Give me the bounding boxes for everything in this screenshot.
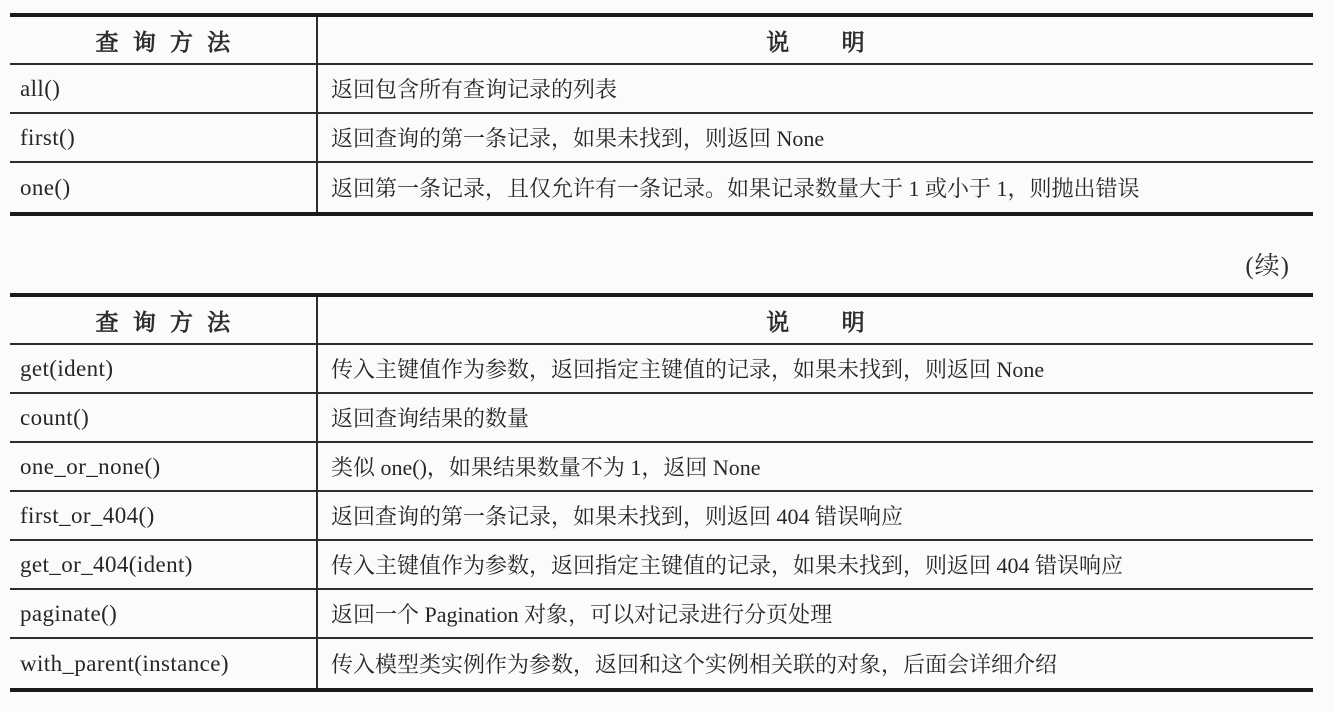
description-cell: 返回包含所有查询记录的列表 <box>318 65 1313 112</box>
method-cell: get_or_404(ident) <box>10 541 318 588</box>
description-header-label: 说 明 <box>766 304 864 337</box>
method-header-cell: 查 询 方 法 <box>10 297 318 343</box>
method-cell: with_parent(instance) <box>10 639 318 688</box>
table-row: get_or_404(ident) 传入主键值作为参数，返回指定主键值的记录，如… <box>10 541 1313 590</box>
method-header-cell: 查 询 方 法 <box>10 17 318 63</box>
description-cell: 传入主键值作为参数，返回指定主键值的记录，如果未找到，则返回 None <box>318 345 1313 392</box>
method-cell: first_or_404() <box>10 492 318 539</box>
description-cell: 传入模型类实例作为参数，返回和这个实例相关联的对象，后面会详细介绍 <box>318 639 1313 688</box>
table-row: paginate() 返回一个 Pagination 对象，可以对记录进行分页处… <box>10 590 1313 639</box>
table-row: all() 返回包含所有查询记录的列表 <box>10 65 1313 114</box>
table-row: with_parent(instance) 传入模型类实例作为参数，返回和这个实… <box>10 639 1313 688</box>
description-cell: 返回查询的第一条记录，如果未找到，则返回 404 错误响应 <box>318 492 1313 539</box>
query-methods-table-1: 查 询 方 法 说 明 all() 返回包含所有查询记录的列表 first() … <box>10 13 1313 216</box>
table-header-row: 查 询 方 法 说 明 <box>10 17 1313 65</box>
description-cell: 返回查询结果的数量 <box>318 394 1313 441</box>
description-cell: 类似 one()，如果结果数量不为 1，返回 None <box>318 443 1313 490</box>
method-cell: one_or_none() <box>10 443 318 490</box>
description-cell: 返回第一条记录，且仅允许有一条记录。如果记录数量大于 1 或小于 1，则抛出错误 <box>318 163 1313 212</box>
table-header-row: 查 询 方 法 说 明 <box>10 297 1313 345</box>
table-row: one_or_none() 类似 one()，如果结果数量不为 1，返回 Non… <box>10 443 1313 492</box>
method-header-label: 查 询 方 法 <box>96 24 231 57</box>
method-cell: paginate() <box>10 590 318 637</box>
method-cell: first() <box>10 114 318 161</box>
method-cell: all() <box>10 65 318 112</box>
table-row: first_or_404() 返回查询的第一条记录，如果未找到，则返回 404 … <box>10 492 1313 541</box>
description-header-cell: 说 明 <box>318 297 1313 343</box>
query-methods-table-2: 查 询 方 法 说 明 get(ident) 传入主键值作为参数，返回指定主键值… <box>10 293 1313 692</box>
table-row: first() 返回查询的第一条记录，如果未找到，则返回 None <box>10 114 1313 163</box>
description-cell: 传入主键值作为参数，返回指定主键值的记录，如果未找到，则返回 404 错误响应 <box>318 541 1313 588</box>
description-cell: 返回一个 Pagination 对象，可以对记录进行分页处理 <box>318 590 1313 637</box>
description-header-cell: 说 明 <box>318 17 1313 63</box>
table-row: count() 返回查询结果的数量 <box>10 394 1313 443</box>
description-header-label: 说 明 <box>766 24 864 57</box>
table-row: get(ident) 传入主键值作为参数，返回指定主键值的记录，如果未找到，则返… <box>10 345 1313 394</box>
method-cell: one() <box>10 163 318 212</box>
table-row: one() 返回第一条记录，且仅允许有一条记录。如果记录数量大于 1 或小于 1… <box>10 163 1313 212</box>
method-cell: get(ident) <box>10 345 318 392</box>
description-cell: 返回查询的第一条记录，如果未找到，则返回 None <box>318 114 1313 161</box>
method-header-label: 查 询 方 法 <box>96 304 231 337</box>
continuation-marker: (续) <box>1245 246 1290 282</box>
method-cell: count() <box>10 394 318 441</box>
